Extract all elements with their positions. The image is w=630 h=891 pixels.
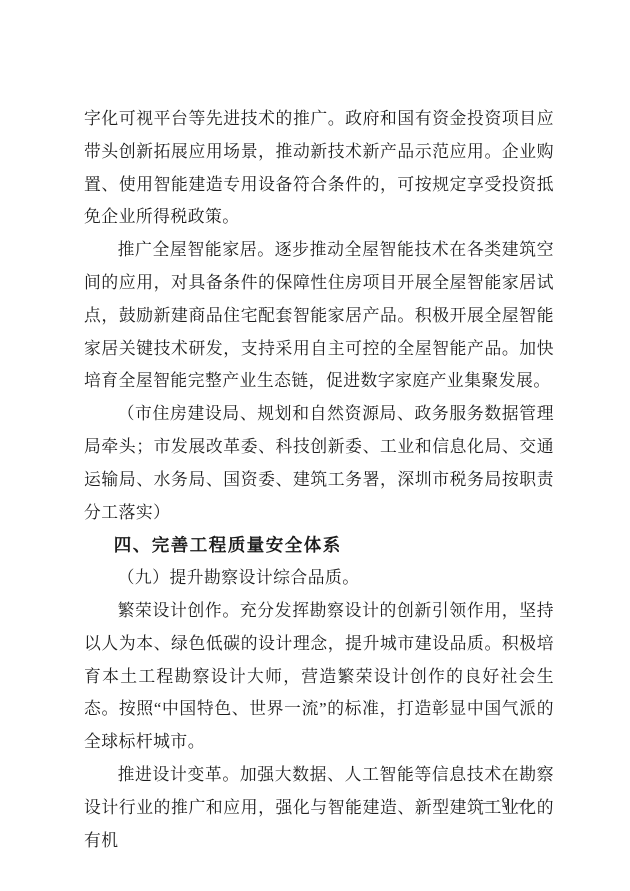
document-body: 字化可视平台等先进技术的推广。政府和国有资金投资项目应带头创新拓展应用场景，推动… (84, 103, 554, 857)
paragraph-design-creation: 繁荣设计创作。充分发挥勘察设计的创新引领作用，坚持以人为本、绿色低碳的设计理念，… (84, 595, 554, 759)
paragraph-responsible-departments: （市住房建设局、规划和自然资源局、政务服务数据管理局牵头；市发展改革委、科技创新… (84, 398, 554, 529)
document-page: 字化可视平台等先进技术的推广。政府和国有资金投资项目应带头创新拓展应用场景，推动… (0, 0, 630, 891)
section-heading: 四、完善工程质量安全体系 (84, 529, 554, 562)
page-number: — 9 — (479, 795, 534, 812)
subsection-heading: （九）提升勘察设计综合品质。 (84, 562, 554, 595)
paragraph-continuation: 字化可视平台等先进技术的推广。政府和国有资金投资项目应带头创新拓展应用场景，推动… (84, 103, 554, 234)
paragraph-smart-home: 推广全屋智能家居。逐步推动全屋智能技术在各类建筑空间的应用，对具备条件的保障性住… (84, 234, 554, 398)
